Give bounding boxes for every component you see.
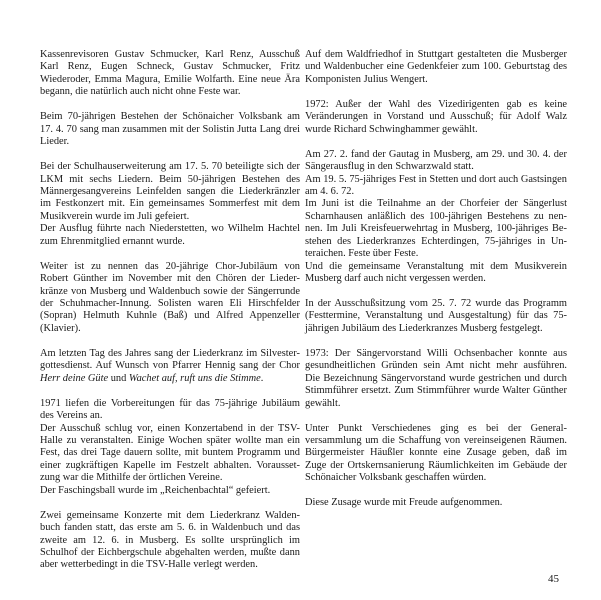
- text-line: (Sopran) Helmuth Kuhnle (Baß) und Alfred…: [40, 310, 300, 322]
- paragraph: In der Ausschußsitzung vom 25. 7. 72 wur…: [305, 298, 567, 335]
- text-line: Zwei gemeinsame Konzerte mit dem Liederk…: [40, 510, 300, 522]
- text-line: Schulhof der Eichbergschule abgehalten w…: [40, 547, 300, 559]
- text-line: Bei der Schulhauserweiterung am 17. 5. 7…: [40, 161, 300, 173]
- paragraph: Am 27. 2. fand der Gautag in Musberg, am…: [305, 149, 567, 286]
- text-line: Der Ausflug führte nach Niederstetten, w…: [40, 223, 300, 235]
- paragraph: Unter Punkt Verschiedenes ging es bei de…: [305, 423, 567, 485]
- text-line: Im Juni ist die Teilnahme an der Chorfei…: [305, 198, 567, 210]
- paragraph: 1971 liefen die Vorbereitungen für das 7…: [40, 398, 300, 498]
- text-line: 17. 4. 70 sang man zusammen mit der Soli…: [40, 124, 300, 136]
- text-line: Scharnhausen anläßlich des 100-jährigen …: [305, 211, 567, 223]
- text-line: nen. Im Juli Kreisfeuerwehrtag in Musber…: [305, 223, 567, 235]
- text-line: kränze von Musberg und Waldenbuch sowie …: [40, 286, 300, 298]
- text-line: einer zugkräftigen Kapelle im Festzelt a…: [40, 460, 300, 472]
- text-line: Zuge der Ortskernsanierung Räumlichkeite…: [305, 460, 567, 472]
- text-line: zweite am 12. 6. in Musberg. Es sollte u…: [40, 535, 300, 547]
- text-line: Auf dem Waldfriedhof in Stuttgart gestal…: [305, 49, 567, 61]
- text-line: Fest, das drei Tage dauern sollte, mit b…: [40, 447, 300, 459]
- text-line: Stimmführer ersetzt. Zum Stimmführer wur…: [305, 385, 567, 397]
- text-line: 1972: Außer der Wahl des Vizedirigenten …: [305, 99, 567, 111]
- text-line: Musikverein wurde im Juli gefeiert.: [40, 211, 300, 223]
- text-line: Komponisten Julius Wengert.: [305, 74, 567, 86]
- paragraph: Diese Zusage wurde mit Freude aufgenomme…: [305, 497, 567, 509]
- text-line: Der Faschingsball wurde im „Reichenbacht…: [40, 485, 300, 497]
- text-line: Kassenrevisoren Gustav Schmucker, Karl R…: [40, 49, 300, 61]
- text-line: 1973: Der Sängervorstand Willi Ochsenbac…: [305, 348, 567, 360]
- text-line: Musberg darf auch nicht vergessen werden…: [305, 273, 567, 285]
- text-line: Wiederoder, Emma Magura, Emilie Wolfarth…: [40, 74, 300, 86]
- text-line: Lieder.: [40, 136, 300, 148]
- paragraph: Zwei gemeinsame Konzerte mit dem Liederk…: [40, 510, 300, 572]
- text-line: Am letzten Tag des Jahres sang der Liede…: [40, 348, 300, 360]
- text-line: Der Ausschuß schlug vor, einen Konzertab…: [40, 423, 300, 435]
- text-line: begann, die natürlich auch nicht ohne Fe…: [40, 86, 300, 98]
- page-number: 45: [548, 573, 559, 585]
- text-line: wurde Richard Schwinghammer gewählt.: [305, 124, 567, 136]
- text-line: Und die gemeinsame Veranstaltung mit dem…: [305, 261, 567, 273]
- text-line: aber wetterbedingt in die TSV-Halle verl…: [40, 559, 300, 571]
- text-line: Veränderungen in Vorstand und Ausschuß; …: [305, 111, 567, 123]
- text-line: im Festkonzert mit. Ein gemeinsames Somm…: [40, 198, 300, 210]
- text-line: teraichen. Feste über Feste.: [305, 248, 567, 260]
- text-line: zum Ehrenmitglied ernannt wurde.: [40, 236, 300, 248]
- left-column: Kassenrevisoren Gustav Schmucker, Karl R…: [40, 49, 300, 584]
- text-line: gesundheitlichen Gründen sein Amt nicht …: [305, 360, 567, 372]
- text-line: stehen des Liederkranzes Echterdingen, 7…: [305, 236, 567, 248]
- text-line: Karl Renz, Eugen Schneck, Gustav Schmuck…: [40, 61, 300, 73]
- text-line: (Festtermine, Veranstaltung und Ausgesta…: [305, 310, 567, 322]
- text-line: LKM mit sechs Liedern. Beim 50-jährigen …: [40, 174, 300, 186]
- paragraph: 1973: Der Sängervorstand Willi Ochsenbac…: [305, 348, 567, 410]
- text-line: der Schuhmacher-Innung. Solisten waren E…: [40, 298, 300, 310]
- text-line: Am 27. 2. fand der Gautag in Musberg, am…: [305, 149, 567, 161]
- text-line: versammlung um die Schaffung von vereins…: [305, 435, 567, 447]
- text-line: Robert Günther im November mit den Chöre…: [40, 273, 300, 285]
- text-line: Halle zu veranstalten. Einige Wochen spä…: [40, 435, 300, 447]
- text-line: Diese Zusage wurde mit Freude aufgenomme…: [305, 497, 567, 509]
- paragraph: Bei der Schulhauserweiterung am 17. 5. 7…: [40, 161, 300, 248]
- text-line: 1971 liefen die Vorbereitungen für das 7…: [40, 398, 300, 410]
- text-line: gewählt.: [305, 398, 567, 410]
- text-line: Schönaicher Volksbank geschaffen würden.: [305, 472, 567, 484]
- text-line: Unter Punkt Verschiedenes ging es bei de…: [305, 423, 567, 435]
- text-line-italic-titles: Herr deine Güte und Wachet auf, ruft uns…: [40, 373, 300, 385]
- text-line: am 4. 6. 72.: [305, 186, 567, 198]
- paragraph: Am letzten Tag des Jahres sang der Liede…: [40, 348, 300, 385]
- text-line: zung war die Mithilfe der örtlichen Vere…: [40, 472, 300, 484]
- paragraph: Beim 70-jährigen Bestehen der Schönaiche…: [40, 111, 300, 148]
- paragraph: Weiter ist zu nennen das 20-jährige Chor…: [40, 261, 300, 336]
- paragraph: 1972: Außer der Wahl des Vizedirigenten …: [305, 99, 567, 136]
- text-line: (Klavier).: [40, 323, 300, 335]
- text-line: jährigen Jubiläum des Liederkranzes Musb…: [305, 323, 567, 335]
- paragraph: Auf dem Waldfriedhof in Stuttgart gestal…: [305, 49, 567, 86]
- text-line: Beim 70-jährigen Bestehen der Schönaiche…: [40, 111, 300, 123]
- text-line: des Vereins an.: [40, 410, 300, 422]
- text-line: Am 19. 5. 75-jähriges Fest in Stetten un…: [305, 174, 567, 186]
- text-line: buch fanden statt, das erste am 5. 6. in…: [40, 522, 300, 534]
- text-line: und Waldenbucher eine Gedenkfeier zum 10…: [305, 61, 567, 73]
- text-line: gottesdienst. Auf Wunsch von Pfarrer Hen…: [40, 360, 300, 372]
- song-title: Herr deine Güte: [40, 373, 108, 384]
- text-line: Sängerausflug in den Schwarzwald statt.: [305, 161, 567, 173]
- text-line: Männergesangvereins Leinfelden sangen di…: [40, 186, 300, 198]
- song-title: Wachet auf, ruft uns die Stimme: [129, 373, 261, 384]
- text-line: In der Ausschußsitzung vom 25. 7. 72 wur…: [305, 298, 567, 310]
- text-line: Weiter ist zu nennen das 20-jährige Chor…: [40, 261, 300, 273]
- text-line: Die Bezeichnung Sängervorstand wurde ges…: [305, 373, 567, 385]
- text-line: Bürgermeister Häußler konnte eine Zusage…: [305, 447, 567, 459]
- right-column: Auf dem Waldfriedhof in Stuttgart gestal…: [305, 49, 567, 522]
- paragraph: Kassenrevisoren Gustav Schmucker, Karl R…: [40, 49, 300, 99]
